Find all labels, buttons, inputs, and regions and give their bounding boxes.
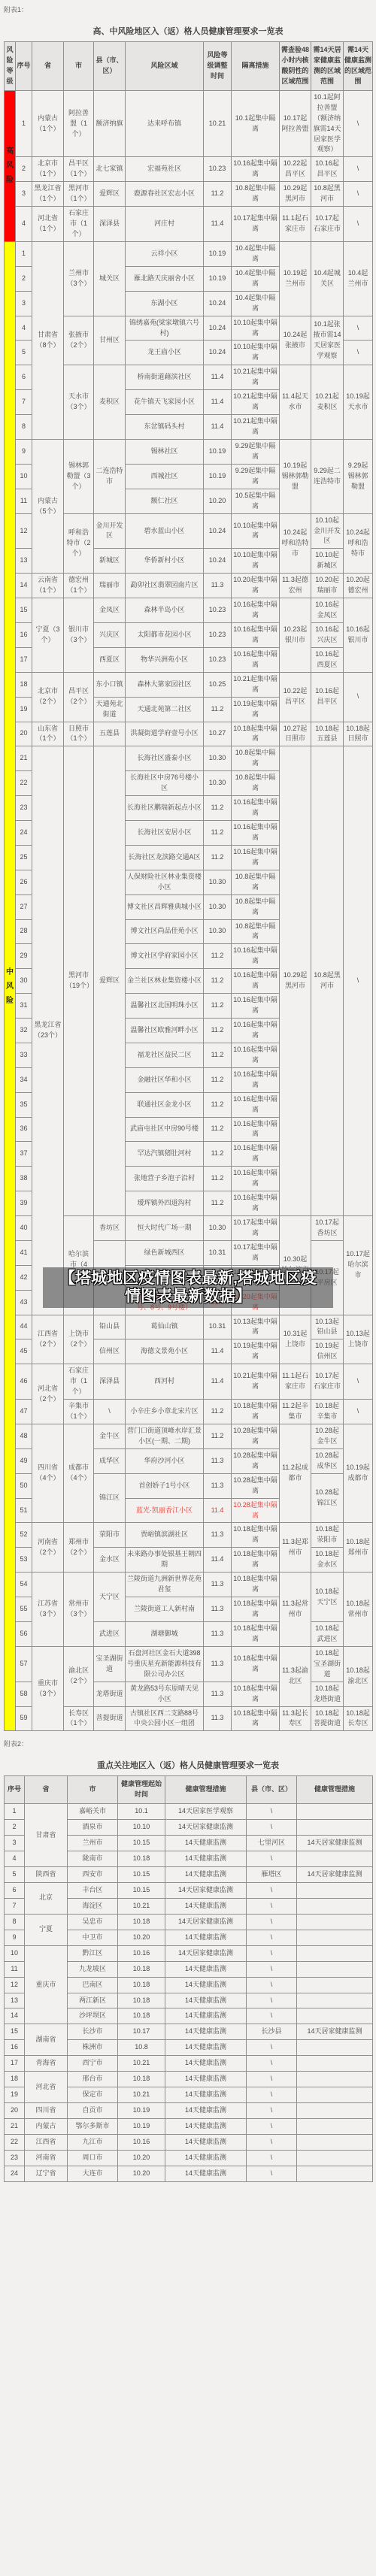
table-cell: 河北省（1个） [32,207,64,242]
column-header: 需14天居家健康监测的区域范围 [311,42,344,91]
table-cell: 10 [5,1945,25,1961]
table-row: 14云南省（1个）德宏州（1个）瑞丽市勐卯社区翡翠园南片区11.310.20起集… [5,574,373,598]
table-cell: 云南省（1个） [32,574,64,598]
table-cell: 16 [16,623,32,648]
table-cell: 小辛庄乡小章北宋片区 [126,1400,204,1424]
table-cell [297,2072,373,2087]
table-cell: 10.29起黑河市 [280,746,311,1216]
table-cell: \ [247,2072,297,2087]
table-cell: \ [247,1977,297,1993]
table-cell: 10.18起集中隔离 [232,1646,280,1682]
table-cell: 龙王庙小区 [126,341,204,365]
table-cell: 10.18起集中隔离 [232,1573,280,1597]
table-cell: 12 [5,1977,25,1993]
table-cell: 3 [5,1836,25,1851]
table-cell: 10.18 [118,1961,165,1977]
table-cell: 黑龙江省（23个） [32,746,64,1315]
table-cell: 44 [16,1315,32,1339]
table-cell: 14天健康监测 [165,2056,247,2072]
table-cell: 陕西省 [25,1867,68,1883]
table-cell: 10.28起锦江区 [311,1473,344,1523]
table-cell: 4 [16,207,32,242]
attachment-1-label: 附表1： [0,0,376,17]
table-cell: 成华区 [94,1448,126,1473]
table-cell: 温馨社区欧雅河畔小区 [126,1019,204,1043]
table-cell [297,1804,373,1820]
column-header: 需查验48小时内核酸阴性的区域范围 [280,42,311,91]
table-cell: 11.2 [204,821,232,846]
table-cell: 日照市（1个） [64,722,94,746]
table-cell: 10.20起集中隔离 [232,574,280,598]
table-cell: 黑河市（1个） [64,182,94,207]
table-cell: 沙坪坝区 [68,2008,118,2024]
table-cell: 瑞丽市 [94,574,126,598]
table-cell: 10.16起集中隔离 [232,1117,280,1142]
table-cell: \ [344,207,373,242]
table-cell: 辽宁省 [25,2166,68,2181]
table-cell: 48 [16,1424,32,1448]
table-cell: 11.3 [204,1706,232,1731]
table-cell: 10.19 [118,2119,165,2135]
table-cell: 10.16 [118,1945,165,1961]
table-cell: 10.18起天宁区 [311,1573,344,1622]
table-cell: 11.3起德宏州 [280,574,311,598]
table-cell: 11.3 [204,1473,232,1498]
table-cell: \ [344,341,373,365]
table-cell: 11.1起石家庄市 [280,207,311,242]
table-cell: 10.1起集中隔离 [232,90,280,157]
table-cell: 11.4 [204,415,232,440]
table-cell: 11 [16,489,32,513]
table-cell: 14天健康监测 [165,1851,247,1867]
table-cell: 10.16起集中隔离 [232,157,280,182]
table-cell: 河北省（2个） [32,1364,64,1424]
table-cell: \ [247,1882,297,1898]
table-cell: 11.3 [204,1597,232,1622]
table-cell: 11.4 [204,1364,232,1400]
table-cell: 营门口街道顶峰水岸汇景小区(一期、二期) [126,1424,204,1448]
table-cell: 河庄村 [126,207,204,242]
column-header: 健康管理措施 [297,1776,373,1804]
table-cell: 荥阳市 [94,1523,126,1548]
table-cell: 贾峪镇滨湖社区 [126,1523,204,1548]
table-cell: 29 [16,944,32,969]
table-cell: 张掖市（2个） [64,316,94,365]
table-cell: 渝北区（2个） [64,1646,94,1706]
table-row: 21内蒙古鄂尔多斯市10.1914天健康监测\ [5,2119,373,2135]
table-cell: 10.8起集中隔离 [232,771,280,796]
column-header: 省 [25,1776,68,1804]
table-cell: 35 [16,1092,32,1117]
table-cell: 10.23 [204,647,232,672]
table-cell: 58 [16,1682,32,1706]
table-cell: 4 [5,1851,25,1867]
table-cell: 10.16起集中隔离 [232,623,280,648]
table-row: 6北京丰台区10.1514天居家健康监测\ [5,1882,373,1898]
table-cell: 呼和浩特市（2个） [64,513,94,574]
table-cell: 14天健康监测 [165,2119,247,2135]
table-cell: 长海社区鹏瑞新起点小区 [126,796,204,821]
column-header: 省 [32,42,64,91]
table-cell: 云祥小区 [126,241,204,266]
table-cell: 10.30 [204,1216,232,1241]
table-cell [297,1945,373,1961]
table-cell: 9.29起集中隔离 [232,439,280,464]
risk-level-mid-cell: 中风险 [5,241,16,1730]
table-cell: 天通北苑第二社区 [126,697,204,722]
table-cell: 郑州市（2个） [64,1523,94,1573]
column-header: 健康管理措施 [165,1776,247,1804]
table-cell: 45 [16,1339,32,1364]
table-cell: 两江新区 [68,1993,118,2008]
table-cell: 河南省（2个） [32,1523,64,1573]
table-cell: 3 [16,182,32,207]
table-cell: \ [247,2040,297,2056]
watermark-line-1: 【塔城地区疫情图表最新,塔城地区疫 [46,1270,330,1288]
table-cell: 10.17起集中隔离 [232,207,280,242]
table-cell: 19 [16,697,32,722]
table-cell: 10.20 [118,1930,165,1945]
table-cell: 武进区 [94,1621,126,1646]
table-cell: 人保财险社区林业集资楼小区 [126,870,204,894]
table-cell: 18 [5,2072,25,2087]
table-cell: 锦江区 [94,1473,126,1523]
table-cell: 长海社区盛泰小区 [126,746,204,771]
table-cell: 11.2 [204,1117,232,1142]
table-cell: 18 [16,672,32,697]
table-cell: 株洲市 [68,2040,118,2056]
table-cell: 金牛区 [94,1424,126,1448]
table-cell: 博文社区昌辉雅典城小区 [126,894,204,919]
table-row: 高风险1内蒙古（1个）阿拉善盟（1个）额济纳旗达来呼布镇10.2110.1起集中… [5,90,373,157]
table-cell [297,1882,373,1898]
table-cell: 锦绣嘉苑(梁家墩镇六号村) [126,316,204,341]
table-cell: 10.18 [118,2072,165,2087]
table-cell: 10.18 [118,1993,165,2008]
table-cell: 金川开发区 [94,513,126,549]
table-cell: 石盘河社区金石大道398号重庆星充新能源科技有限公司办公区 [126,1646,204,1682]
table-cell: 50 [16,1473,32,1498]
table-cell: \ [247,2134,297,2150]
table-cell: 昌平区（1个） [64,157,94,182]
table-cell: 10.13起上饶市 [344,1315,373,1364]
table-cell: 兰陵街道工人新村南 [126,1597,204,1622]
table-cell: 长沙市 [68,2024,118,2040]
table-cell: 邢台市 [68,2072,118,2087]
table-cell: 23 [16,796,32,821]
table-cell [297,1914,373,1930]
table-cell: 10.23 [204,598,232,623]
table-cell: 17 [5,2056,25,2072]
table-cell: 10.1起张掖市需14天居家医学观察 [311,316,344,365]
table-row: 2北京市（1个）昌平区（1个）北七家镇宏福苑社区10.2310.16起集中隔离1… [5,157,373,182]
table-cell: 河北省 [25,2072,68,2103]
table-cell: \ [344,157,373,182]
table-cell: \ [344,316,373,341]
table-cell: 10.18 [118,1851,165,1867]
table-cell: 长寿区（1个） [64,1706,94,1731]
table-cell [297,1961,373,1977]
risk-level-high-cell: 高风险 [5,90,16,241]
table-cell: 11.2 [204,994,232,1019]
table-cell: 江西省（2个） [32,1315,64,1364]
table-cell: 10.18 [118,2008,165,2024]
table-cell: 10.19起兰州市 [280,241,311,316]
table-cell: 10.24起呼和浩特市 [280,513,311,574]
table-cell: \ [94,1400,126,1424]
column-header: 序号 [16,42,32,91]
table-cell: 10.18起长寿区 [344,1706,373,1731]
table-cell: 10.21起集中隔离 [232,672,280,697]
table-cell: 10.18起五莲县 [311,722,344,746]
table-cell: 56 [16,1621,32,1646]
table-cell: 10.16起集中隔离 [232,1043,280,1067]
table-cell: 10.10 [118,1820,165,1836]
table-cell: 10.24起呼和浩特市 [344,513,373,574]
table-cell: 10.18起宝圣湖街道 [311,1646,344,1682]
table-cell: 10.18起集中隔离 [232,1706,280,1731]
table-row: 中风险1甘肃省（8个）兰州市（3个）城关区云祥小区10.1910.4起集中隔离1… [5,241,373,266]
table-cell: 8 [16,415,32,440]
bottom-spacer [0,2182,376,2191]
table-cell: 恒大时代广场一期 [126,1216,204,1241]
table-cell: 香坊区 [94,1216,126,1241]
table-cell: 10.23 [204,157,232,182]
table-cell: 26 [16,870,32,894]
table-cell: 10.21 [118,1898,165,1914]
table-cell: 宁夏 [25,1914,68,1945]
table-cell: 海德文景苑小区 [126,1339,204,1364]
table-cell: 江西省 [25,2134,68,2150]
table-cell: 吴忠市 [68,1914,118,1930]
table-cell: 10.10起集中隔离 [232,549,280,574]
table-cell: 锡林郭勒盟（3个） [64,439,94,513]
table-cell: 11.4 [204,390,232,415]
table-cell: 32 [16,1019,32,1043]
table-cell: 15 [5,2024,25,2040]
table-cell: 10.18起武进区 [311,1621,344,1646]
table-cell: 10.19 [204,439,232,464]
table-cell: 25 [16,845,32,870]
table-cell: 14天健康监测 [165,1836,247,1851]
table-cell: 桥南街道藉滨社区 [126,365,204,390]
column-header: 县（市、区） [94,42,126,91]
table-cell: 14天居家健康监测 [297,1867,373,1883]
table-cell: 10.16起集中隔离 [232,796,280,821]
table-row: 10重庆市黔江区10.1614天居家健康监测\ [5,1945,373,1961]
table-cell: 东湖小区 [126,291,204,316]
table-cell: 42 [16,1265,32,1290]
table-cell: 酒泉市 [68,1820,118,1836]
table-cell [297,2040,373,2056]
table-cell: 10.17起香坊区 [311,1216,344,1241]
table-cell: \ [344,1400,373,1424]
table-cell: 10.13起铅山县 [311,1315,344,1339]
table-cell [297,1820,373,1836]
table-cell: 瑷珲镇外四道沟村 [126,1191,204,1216]
table-cell: 10.16起集中隔离 [232,845,280,870]
table-cell: 11.2 [204,1067,232,1092]
table-cell: 10.18 [118,1914,165,1930]
table-cell: 17 [16,647,32,672]
table-cell: 上饶市（2个） [64,1315,94,1364]
table-cell: 10.30 [204,919,232,944]
table-cell: 10.17起阿拉善盟 [280,90,311,157]
column-header: 风险区域 [126,42,204,91]
table-cell: 11.2 [204,1400,232,1424]
table-cell: 54 [16,1573,32,1597]
table-cell: 31 [16,994,32,1019]
table-cell: 10.8起集中隔离 [232,894,280,919]
table-cell: 59 [16,1706,32,1731]
table-cell: 金兰社区林业集资楼小区 [126,969,204,994]
table-cell: \ [344,672,373,722]
table-cell: 铅山县 [94,1315,126,1339]
table-cell: 联通社区金龙小区 [126,1092,204,1117]
table-cell: 46 [16,1364,32,1400]
focus-area-table: 序号省市健康管理起始时间健康管理措施县（市、区）健康管理措施 1甘肃省嘉峪关市1… [4,1775,373,2181]
page: 附表1： 高、中风险地区入（返）格人员健康管理要求一览表 风险等级序号省市县（市… [0,0,376,2191]
table-cell: 周口市 [68,2150,118,2166]
table-cell: 10.15 [118,1836,165,1851]
table-cell: \ [247,1804,297,1820]
table-cell: 兴庆区 [94,623,126,648]
table-cell: 24 [5,2166,25,2181]
table-cell: 14天居家健康监测 [165,1820,247,1836]
table-cell: 14天健康监测 [165,2166,247,2181]
table-cell: 10.16起集中隔离 [232,1142,280,1167]
table-cell: 10.19 [204,241,232,266]
table-row: 22江西省九江市10.1614天健康监测\ [5,2134,373,2150]
table-cell: 昌平区（2个） [64,672,94,722]
table-cell: 天宁区 [94,1573,126,1622]
table-cell: 11.2起辛集市 [280,1400,311,1424]
table-cell: 北七家镇 [94,157,126,182]
table-cell: 10.16起集中隔离 [232,1067,280,1092]
table-cell: 39 [16,1191,32,1216]
table-cell: 10.20 [118,2166,165,2181]
table-cell: 自贡市 [68,2103,118,2119]
table-cell: 14天健康监测 [165,2024,247,2040]
table-cell: 兰州市（3个） [64,241,94,316]
table-cell: 14天健康监测 [165,1993,247,2008]
column-header: 市 [68,1776,118,1804]
table-cell: 10.28起集中隔离 [232,1424,280,1448]
table-cell: 10.10起集中隔离 [232,513,280,549]
table-cell: 10.18起集中隔离 [232,1682,280,1706]
table-cell: 10.8 [118,2040,165,2056]
table-cell: 10.10起集中隔离 [232,316,280,341]
table-row: 57重庆市（3个）渝北区（2个）宝圣湖街道石盘河社区金石大道398号重庆星充新能… [5,1646,373,1682]
table-cell: 天水市（3个） [64,365,94,440]
table-cell: 麦积区 [94,365,126,440]
table-cell: 宏福苑社区 [126,157,204,182]
table-cell: 锡林社区 [126,439,204,464]
column-header: 健康管理起始时间 [118,1776,165,1804]
table-cell: 10.5起集中隔离 [232,489,280,513]
table-cell: 10.18起金水区 [311,1548,344,1573]
table-cell: 阿拉善盟（1个） [64,90,94,157]
table-cell [297,2119,373,2135]
table-cell: 3 [16,291,32,316]
table-cell: 10.8起集中隔离 [232,919,280,944]
table-cell: 34 [16,1067,32,1092]
table-cell [297,1898,373,1914]
table-cell: 10.30 [204,746,232,771]
table-cell: 物华兴洲苑小区 [126,647,204,672]
table-cell: \ [247,2103,297,2119]
table-cell: 14天居家健康监测 [165,1945,247,1961]
table-cell: 博文社区学府家园小区 [126,944,204,969]
table-cell: 5 [16,341,32,365]
table-cell: 10.24 [204,316,232,341]
table-cell: 53 [16,1548,32,1573]
table-cell: 24 [16,821,32,846]
table-cell: 10.18起荥阳市 [311,1523,344,1548]
table-cell: 10.17 [118,2024,165,2040]
table-cell [297,2103,373,2119]
table-cell: 碧水蓝山小区 [126,513,204,549]
risk-table-title: 高、中风险地区入（返）格人员健康管理要求一览表 [0,25,376,37]
table-cell: 10.28起金牛区 [311,1424,344,1448]
table-cell: 10.18起龙塔街道 [311,1682,344,1706]
table-cell: 10.18起集中隔离 [232,1523,280,1548]
table-cell: 葛仙山镇 [126,1315,204,1339]
table-cell: 11.1起石家庄市 [280,1364,311,1400]
table-cell: 重庆市（3个） [32,1646,64,1731]
table-cell: 4 [16,316,32,341]
table-cell: 石家庄市（1个） [64,1364,94,1400]
table-cell: 7 [5,1898,25,1914]
table-cell: 辛集市（1个） [64,1400,94,1424]
table-cell: 黄龙路53号东原晴天见小区 [126,1682,204,1706]
focus-table-title: 重点关注地区入（返）格人员健康管理要求一览表 [0,1759,376,1771]
table-cell: 10.18起辛集市 [311,1400,344,1424]
table-cell: \ [247,1914,297,1930]
focus-table-body: 1甘肃省嘉峪关市10.114天居家医学观察\2酒泉市10.1014天居家健康监测… [5,1804,373,2182]
table-cell: 银川市（3个） [64,598,94,673]
table-cell: 27 [16,894,32,919]
table-cell: 10.16起集中隔离 [232,994,280,1019]
table-cell: 古镇社区西二支路88号中央公园小区一组团 [126,1706,204,1731]
table-cell: 13 [5,1993,25,2008]
table-cell: 2 [16,266,32,291]
table-cell: \ [247,1945,297,1961]
table-cell: 二连浩特市 [94,439,126,513]
table-cell: 10.31起上饶市 [280,1315,311,1364]
table-row: 15宁夏（3个）银川市（3个）金凤区森林半岛小区10.2310.16起集中隔离1… [5,598,373,623]
table-cell: 11.2 [204,1424,232,1448]
table-cell: 51 [16,1498,32,1523]
table-cell: 金凤区 [94,598,126,623]
table-cell: \ [344,182,373,207]
table-cell: 10.21 [118,2056,165,2072]
column-header: 市 [64,42,94,91]
table-cell: 10.18起集中隔离 [232,1597,280,1622]
table-row: 17青海省西宁市10.2114天健康监测\ [5,2056,373,2072]
table-cell: 28 [16,919,32,944]
table-cell: 11.2 [204,1019,232,1043]
table-cell: 11.2 [204,1092,232,1117]
table-cell: 雁塔区 [247,1867,297,1883]
table-cell: 蓝光·凯丽香江小区 [126,1498,204,1523]
table-cell: 成都市（4个） [64,1424,94,1523]
table-cell: 14天健康监测 [165,2008,247,2024]
table-cell: 黑河市（19个） [64,746,94,1216]
table-cell: 长海社区中房76号楼小区 [126,771,204,796]
column-header: 县（市、区） [247,1776,297,1804]
table-cell: 10.19 [118,2103,165,2119]
